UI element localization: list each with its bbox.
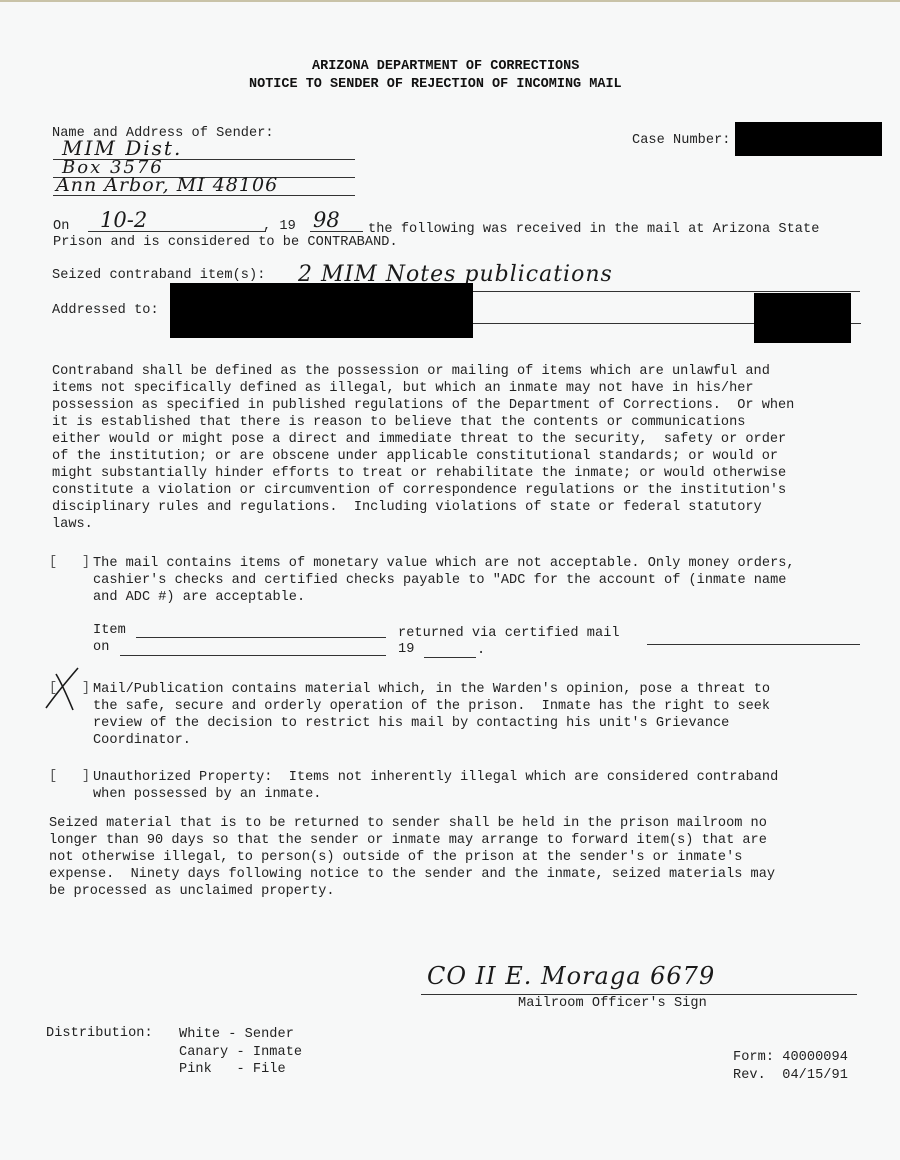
option-1-text: The mail contains items of monetary valu… (93, 555, 795, 606)
case-number-label: Case Number: (632, 133, 731, 148)
date-line (88, 231, 266, 232)
x-check-mark-icon (44, 664, 84, 712)
item-line[interactable] (136, 637, 386, 638)
addressed-label: Addressed to: (52, 303, 159, 318)
form-revision: Rev. 04/15/91 (733, 1068, 848, 1083)
department-title: ARIZONA DEPARTMENT OF CORRECTIONS (312, 59, 579, 74)
year-line (310, 231, 363, 232)
period: . (477, 643, 485, 658)
year-19-line[interactable] (424, 657, 476, 658)
on-label: On (53, 219, 69, 234)
option-3-text: Unauthorized Property: Items not inheren… (93, 769, 778, 803)
signature-label: Mailroom Officer's Sign (518, 996, 707, 1011)
officer-signature[interactable]: CO II E. Moraga 6679 (427, 962, 715, 990)
seized-label: Seized contraband item(s): (52, 268, 265, 283)
notice-title: NOTICE TO SENDER OF REJECTION OF INCOMIN… (249, 77, 622, 92)
item-label: Item (93, 623, 126, 638)
year-19-label: 19 (398, 642, 414, 657)
contraband-definition: Contraband shall be defined as the posse… (52, 363, 794, 533)
signature-line (421, 994, 857, 995)
addressed-redacted-name (170, 283, 473, 338)
distribution-label: Distribution: (46, 1026, 153, 1041)
sender-city-field[interactable]: Ann Arbor, MI 48106 (56, 174, 278, 196)
case-number-redacted (735, 122, 882, 156)
received-text: the following was received in the mail a… (368, 222, 819, 237)
contraband-statement: Prison and is considered to be CONTRABAN… (53, 235, 398, 250)
sender-line-3 (53, 195, 355, 196)
year-field[interactable]: 98 (313, 208, 340, 232)
option-3-checkbox[interactable]: [ ] (49, 769, 90, 784)
distribution-pink: Pink - File (179, 1062, 286, 1077)
paper-top-edge (0, 0, 900, 2)
year-prefix: , 19 (263, 219, 296, 234)
on-date-label: on (93, 640, 109, 655)
form-number: Form: 40000094 (733, 1050, 848, 1065)
addressed-redacted-number (754, 293, 851, 343)
option-2-text: Mail/Publication contains material which… (93, 681, 770, 749)
distribution-canary: Canary - Inmate (179, 1045, 302, 1060)
on-date-line[interactable] (120, 655, 386, 656)
returned-line[interactable] (647, 644, 860, 645)
option-1-checkbox[interactable]: [ ] (49, 555, 90, 570)
returned-label: returned via certified mail (398, 626, 620, 641)
distribution-white: White - Sender (179, 1027, 294, 1042)
seized-material-notice: Seized material that is to be returned t… (49, 815, 775, 900)
date-field[interactable]: 10-2 (100, 208, 147, 232)
